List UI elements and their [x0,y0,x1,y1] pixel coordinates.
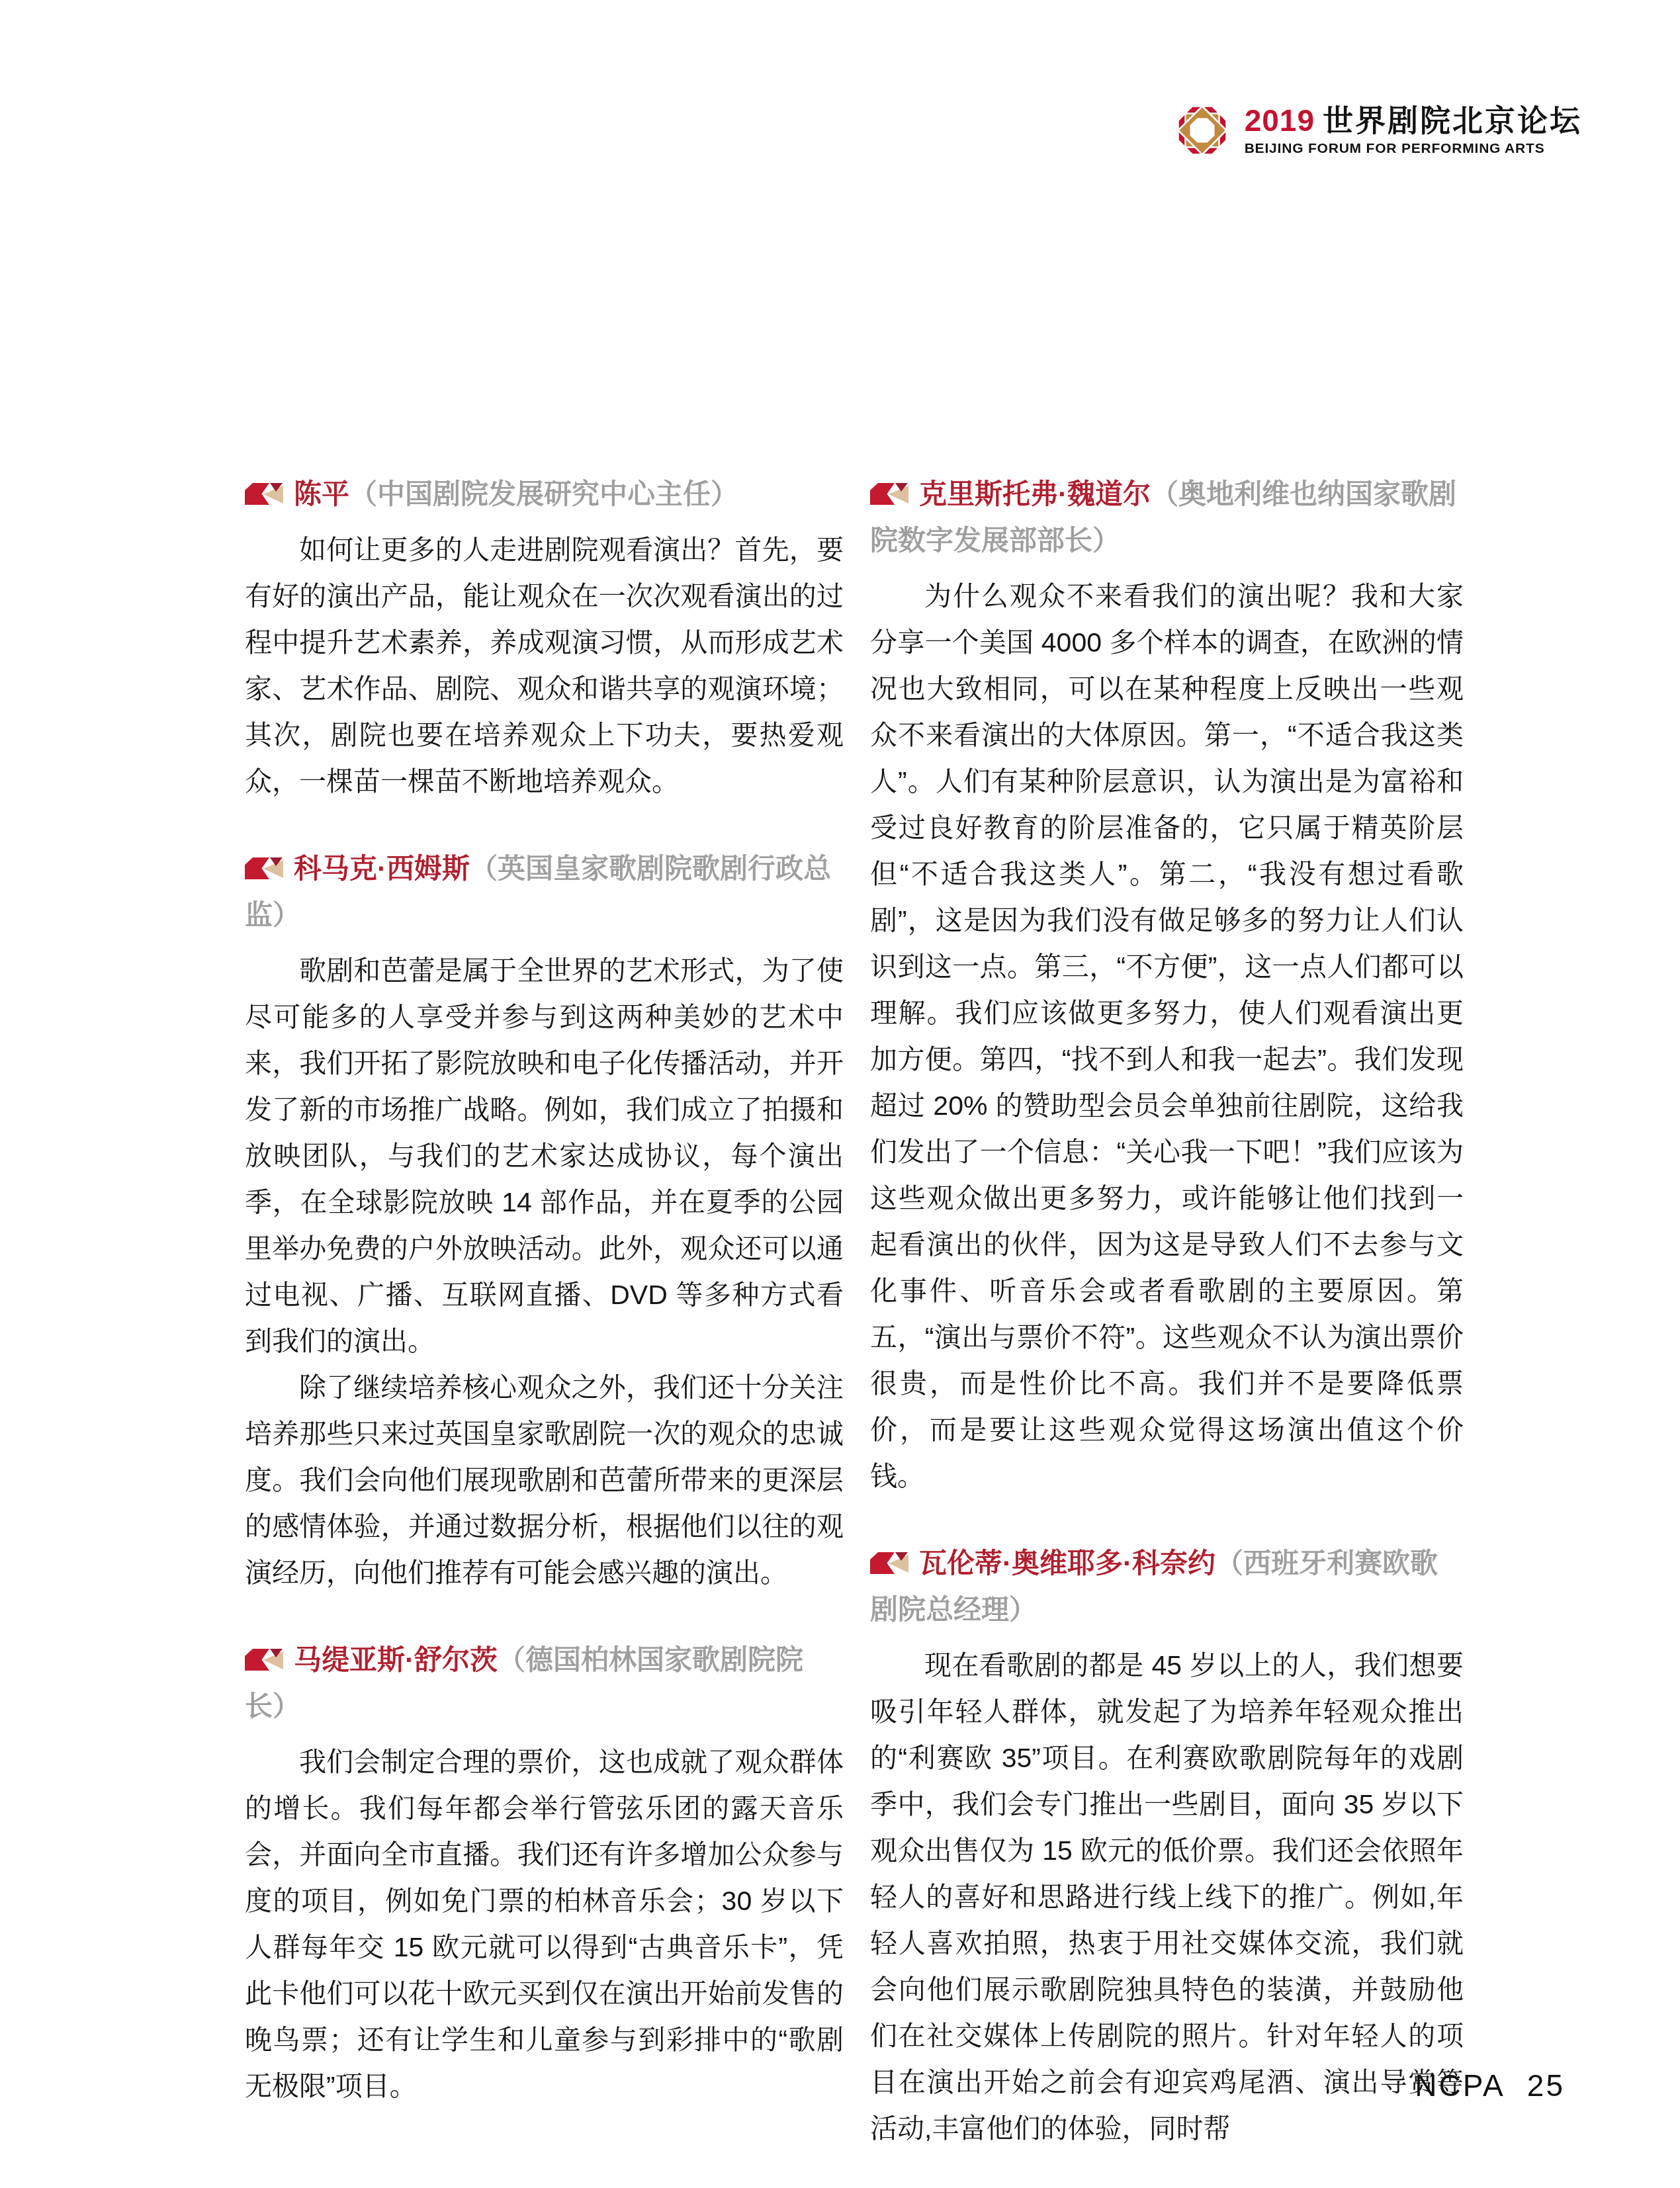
forum-title-line: 2019世界剧院北京论坛 [1245,103,1582,138]
magazine-page: 2019世界剧院北京论坛 BEIJING FORUM FOR PERFORMIN… [0,0,1680,2188]
forum-brand: 2019世界剧院北京论坛 BEIJING FORUM FOR PERFORMIN… [1176,103,1582,157]
column-left: 陈平（中国剧院发展研究中心主任） 如何让更多的人走进剧院观看演出？首先，要有好的… [245,471,844,2150]
speech-paragraph: 除了继续培养核心观众之外，我们还十分关注培养那些只来过英国皇家歌剧院一次的观众的… [245,1364,844,1596]
speaker-heading: 马缇亚斯·舒尔茨（德国柏林国家歌剧院院长） [245,1637,844,1729]
speech-paragraph: 歌剧和芭蕾是属于全世界的艺术形式，为了使尽可能多的人享受并参与到这两种美妙的艺术… [245,947,844,1364]
forum-title-en: BEIJING FORUM FOR PERFORMING ARTS [1245,141,1545,157]
speaker-section-christopher: 克里斯托弗·魏道尔（奥地利维也纳国家歌剧院数字发展部部长） 为什么观众不来看我们… [870,471,1464,1499]
speaker-heading: 克里斯托弗·魏道尔（奥地利维也纳国家歌剧院数字发展部部长） [870,471,1464,564]
forum-logo-icon [1176,103,1229,157]
column-right: 克里斯托弗·魏道尔（奥地利维也纳国家歌剧院数字发展部部长） 为什么观众不来看我们… [870,471,1464,2188]
speaker-heading: 科马克·西姆斯（英国皇家歌剧院歌剧行政总监） [245,846,844,938]
speech-paragraph: 为什么观众不来看我们的演出呢？我和大家分享一个美国 4000 多个样本的调查，在… [870,573,1464,1499]
speech-paragraph: 如何让更多的人走进剧院观看演出？首先，要有好的演出产品，能让观众在一次次观看演出… [245,527,844,805]
speaker-heading: 瓦伦蒂·奥维耶多·科奈约（西班牙利赛欧歌剧院总经理） [870,1540,1464,1633]
speaker-section-matthias: 马缇亚斯·舒尔茨（德国柏林国家歌剧院院长） 我们会制定合理的票价，这也成就了观众… [245,1637,844,2109]
speaker-name: 陈平 [294,478,349,509]
forum-title-zh: 世界剧院北京论坛 [1323,103,1582,138]
speaker-bullet-icon [870,483,908,505]
speaker-section-chenping: 陈平（中国剧院发展研究中心主任） 如何让更多的人走进剧院观看演出？首先，要有好的… [245,471,844,805]
speech-paragraph: 现在看歌剧的都是 45 岁以上的人，我们想要吸引年轻人群体，就发起了为培养年轻观… [870,1642,1464,2152]
page-number-text: NCPA 25 [1415,2068,1565,2103]
speaker-bullet-icon [245,1649,283,1671]
speaker-bullet-icon [245,857,283,879]
speaker-name: 科马克·西姆斯 [294,853,470,884]
speaker-heading: 陈平（中国剧院发展研究中心主任） [245,471,844,517]
speaker-section-cormac: 科马克·西姆斯（英国皇家歌剧院歌剧行政总监） 歌剧和芭蕾是属于全世界的艺术形式，… [245,846,844,1596]
forum-year: 2019 [1245,103,1315,138]
speaker-name: 克里斯托弗·魏道尔 [919,478,1151,509]
speaker-bullet-icon [870,1552,908,1574]
page-number: NCPA 25 [1415,2068,1565,2103]
speaker-section-valenti: 瓦伦蒂·奥维耶多·科奈约（西班牙利赛欧歌剧院总经理） 现在看歌剧的都是 45 岁… [870,1540,1464,2152]
speaker-bullet-icon [245,483,283,505]
speaker-affiliation: （中国剧院发展研究中心主任） [349,478,738,509]
speaker-name: 瓦伦蒂·奥维耶多·科奈约 [919,1548,1216,1579]
speech-paragraph: 我们会制定合理的票价，这也成就了观众群体的增长。我们每年都会举行管弦乐团的露天音… [245,1739,844,2109]
speaker-name: 马缇亚斯·舒尔茨 [294,1644,498,1675]
forum-brand-text: 2019世界剧院北京论坛 BEIJING FORUM FOR PERFORMIN… [1245,103,1582,157]
